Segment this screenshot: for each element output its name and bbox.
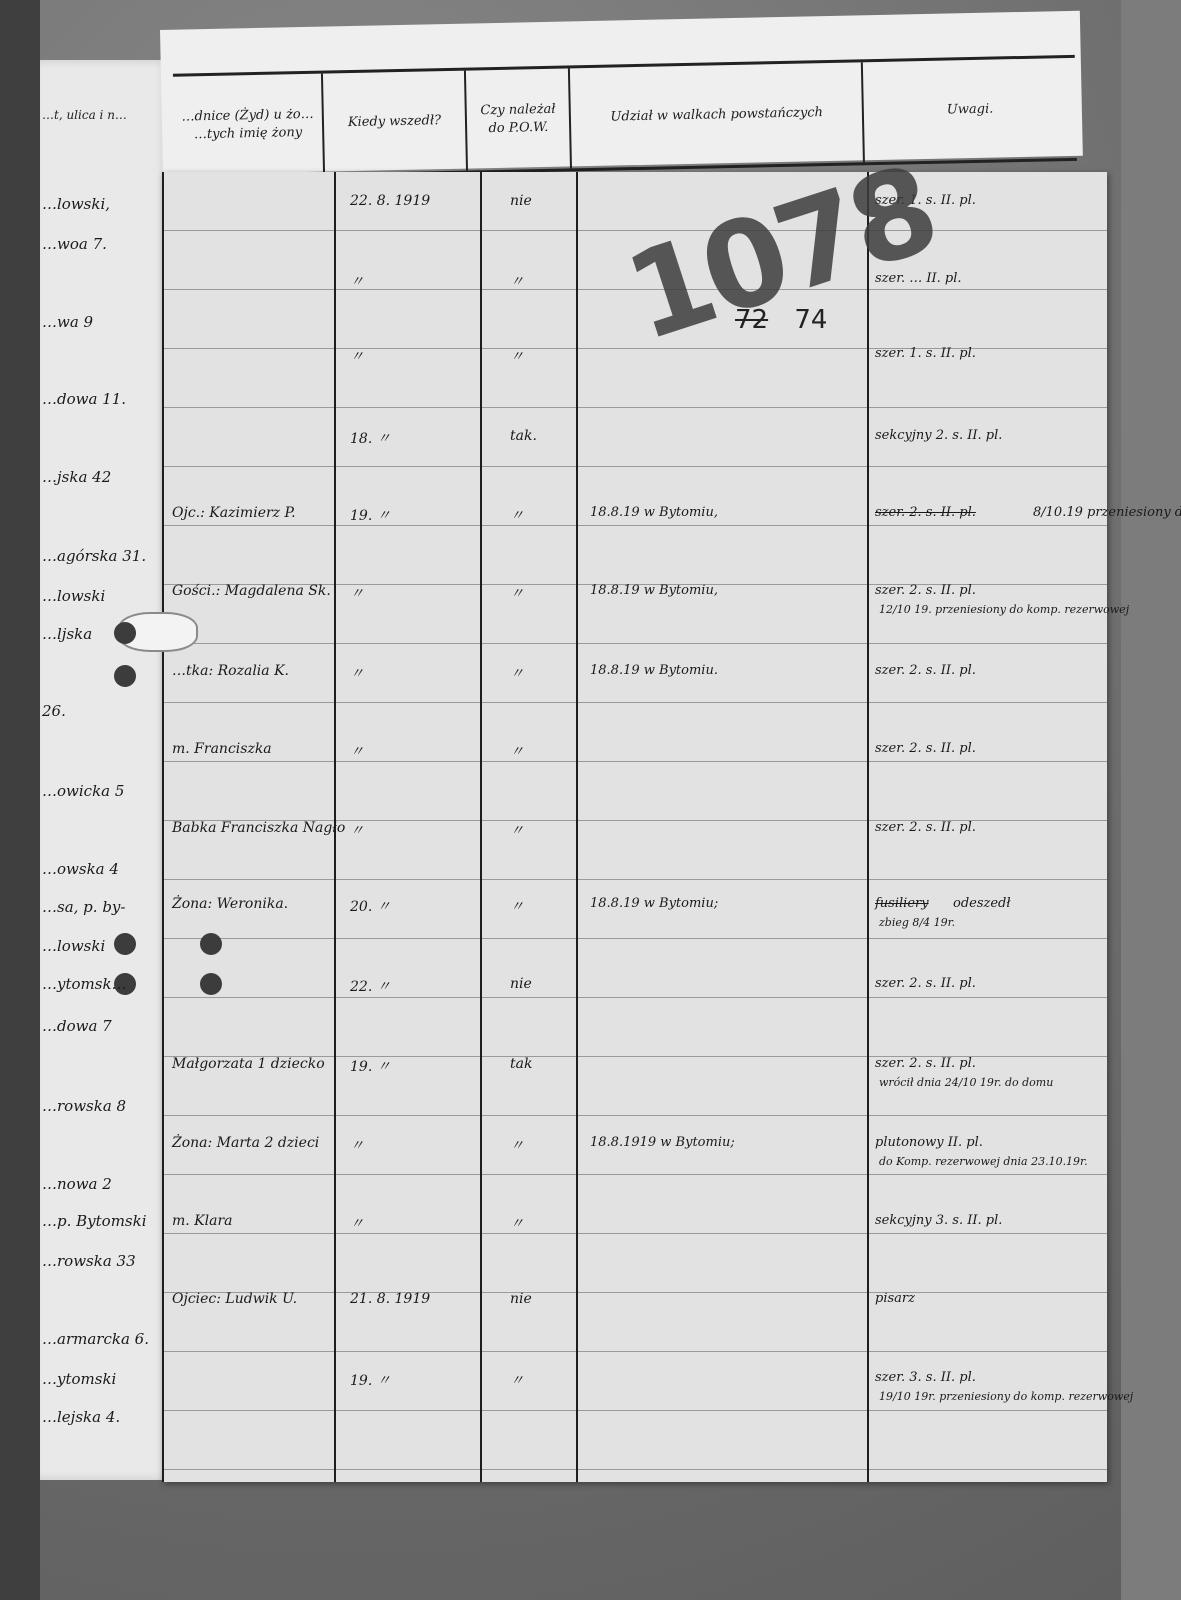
pow-member-cell: 〃 xyxy=(510,663,524,683)
pow-member-cell: tak xyxy=(510,1056,532,1072)
address-fragment: …sa, p. by- xyxy=(42,898,125,916)
relatives-cell: Żona: Marta 2 dzieci xyxy=(172,1135,319,1151)
pow-member-cell: nie xyxy=(510,193,532,209)
address-fragment: …dowa 11. xyxy=(42,390,126,408)
remarks-cell: szer. 2. s. II. pl. xyxy=(875,820,976,835)
column-divider xyxy=(162,172,164,1482)
address-fragment: …ljska xyxy=(42,625,92,643)
page-number: 74 xyxy=(794,305,827,335)
battles-cell: 18.8.1919 w Bytomiu; xyxy=(590,1135,735,1150)
address-fragment: …woa 7. xyxy=(42,235,107,253)
remarks-cell: szer. 2. s. II. pl. xyxy=(875,741,976,756)
remarks-cell: szer. 2. s. II. pl. xyxy=(875,583,976,598)
column-divider xyxy=(867,172,869,1482)
pow-member-cell: 〃 xyxy=(510,583,524,603)
address-fragment: …ytomski xyxy=(42,1370,116,1388)
remarks-note-cell: zbieg 8/4 19r. xyxy=(879,916,955,929)
address-fragment: …rowska 33 xyxy=(42,1252,136,1270)
remarks-struck-cell: szer. 2. s. II. pl. xyxy=(875,505,976,520)
address-fragment: …ytomsk… xyxy=(42,975,127,993)
pow-member-cell: 〃 xyxy=(510,741,524,761)
remarks-note-cell: wrócił dnia 24/10 19r. do domu xyxy=(879,1076,1053,1089)
pow-member-cell: 〃 xyxy=(510,896,524,916)
relatives-cell: Żona: Weronika. xyxy=(172,896,288,912)
remarks-cell: 8/10.19 przeniesiony do Komp. Rez. xyxy=(1033,505,1181,520)
archive-subnumbers: 72 74 xyxy=(735,305,827,335)
address-fragment: …owska 4 xyxy=(42,860,119,878)
remarks-cell: szer. 1. s. II. pl. xyxy=(875,346,976,361)
joined-date-cell: 〃 xyxy=(350,820,364,840)
address-fragment: …lowski xyxy=(42,937,105,955)
remarks-cell: pisarz xyxy=(875,1291,915,1306)
pow-member-cell: 〃 xyxy=(510,820,524,840)
punch-hole xyxy=(114,933,136,955)
relatives-cell: Ojc.: Kazimierz P. xyxy=(172,505,296,521)
remarks-cell: szer. 3. s. II. pl. xyxy=(875,1370,976,1385)
joined-date-cell: 〃 xyxy=(350,741,364,761)
pow-member-cell: 〃 xyxy=(510,1370,524,1390)
remarks-cell: plutonowy II. pl. xyxy=(875,1135,983,1150)
pow-member-cell: 〃 xyxy=(510,505,524,525)
header-relatives: …dnice (Żyd) u żo… …tych imię żony xyxy=(173,74,325,177)
battles-cell: 18.8.19 w Bytomiu; xyxy=(590,896,718,911)
relatives-cell: Babka Franciszka Nagło xyxy=(172,820,345,836)
remarks-cell: szer. 2. s. II. pl. xyxy=(875,1056,976,1071)
remarks-note-cell: do Komp. rezerwowej dnia 23.10.19r. xyxy=(879,1155,1088,1168)
column-divider xyxy=(576,172,578,1482)
punch-hole xyxy=(114,622,136,644)
pow-member-cell: 〃 xyxy=(510,1135,524,1155)
address-fragment: …armarcka 6. xyxy=(42,1330,149,1348)
pow-member-cell: nie xyxy=(510,1291,532,1307)
pow-member-cell: 〃 xyxy=(510,346,524,366)
joined-date-cell: 22. 8. 1919 xyxy=(350,193,430,209)
address-fragment: …lowski, xyxy=(42,195,110,213)
column-headers: …dnice (Żyd) u żo… …tych imię żony Kiedy… xyxy=(173,55,1077,180)
punch-hole xyxy=(114,665,136,687)
address-fragment: …p. Bytomski xyxy=(42,1212,147,1230)
address-fragment: …lejska 4. xyxy=(42,1408,120,1426)
remarks-cell: szer. 2. s. II. pl. xyxy=(875,663,976,678)
scan-right-margin xyxy=(1121,0,1181,1600)
remarks-note-cell: 12/10 19. przeniesiony do komp. rezerwow… xyxy=(879,603,1129,616)
address-fragment: …rowska 8 xyxy=(42,1097,126,1115)
joined-date-cell: 〃 xyxy=(350,271,364,291)
joined-date-cell: 〃 xyxy=(350,1135,364,1155)
header-when-joined: Kiedy wszedł? xyxy=(323,71,469,174)
remarks-struck-cell: fusiliery xyxy=(875,896,929,911)
joined-date-cell: 20. 〃 xyxy=(350,896,391,916)
header-sheet: …dnice (Żyd) u żo… …tych imię żony Kiedy… xyxy=(160,11,1083,175)
left-header-text: …t, ulica i n… xyxy=(42,108,127,122)
relatives-cell: m. Franciszka xyxy=(172,741,272,757)
battles-cell: 18.8.19 w Bytomiu, xyxy=(590,583,718,598)
pow-member-cell: tak. xyxy=(510,428,537,444)
address-fragment: …dowa 7 xyxy=(42,1017,112,1035)
address-fragment: …nowa 2 xyxy=(42,1175,112,1193)
joined-date-cell: 〃 xyxy=(350,346,364,366)
joined-date-cell: 〃 xyxy=(350,583,364,603)
joined-date-cell: 19. 〃 xyxy=(350,1370,391,1390)
address-fragment: …wa 9 xyxy=(42,313,93,331)
joined-date-cell: 18. 〃 xyxy=(350,428,391,448)
relatives-cell: …tka: Rozalia K. xyxy=(172,663,289,679)
joined-date-cell: 21. 8. 1919 xyxy=(350,1291,430,1307)
address-fragment: …jska 42 xyxy=(42,468,111,486)
battles-cell: 18.8.19 w Bytomiu. xyxy=(590,663,718,678)
joined-date-cell: 〃 xyxy=(350,1213,364,1233)
pow-member-cell: 〃 xyxy=(510,1213,524,1233)
column-divider xyxy=(480,172,482,1482)
joined-date-cell: 19. 〃 xyxy=(350,1056,391,1076)
joined-date-cell: 19. 〃 xyxy=(350,505,391,525)
address-fragment: …owicka 5 xyxy=(42,782,124,800)
remarks-cell: szer. 2. s. II. pl. xyxy=(875,976,976,991)
address-fragment: …agórska 31. xyxy=(42,547,146,565)
remarks-cell: odeszedł xyxy=(953,896,1011,911)
joined-date-cell: 〃 xyxy=(350,663,364,683)
remarks-cell: sekcyjny 3. s. II. pl. xyxy=(875,1213,1002,1228)
address-fragment: 26. xyxy=(42,702,66,720)
header-battles: Udział w walkach powstańczych xyxy=(570,62,865,168)
pow-member-cell: nie xyxy=(510,976,532,992)
scan-edge-shadow xyxy=(0,0,40,1600)
remarks-cell: sekcyjny 2. s. II. pl. xyxy=(875,428,1002,443)
relatives-cell: Ojciec: Ludwik U. xyxy=(172,1291,297,1307)
joined-date-cell: 22. 〃 xyxy=(350,976,391,996)
relatives-cell: Gości.: Magdalena Sk. xyxy=(172,583,331,599)
pow-member-cell: 〃 xyxy=(510,271,524,291)
crossed-number: 72 xyxy=(735,305,768,335)
punch-hole xyxy=(200,973,222,995)
remarks-note-cell: 19/10 19r. przeniesiony do komp. rezerwo… xyxy=(879,1390,1133,1403)
relatives-cell: Małgorzata 1 dziecko xyxy=(172,1056,325,1072)
address-fragment: …lowski xyxy=(42,587,105,605)
punch-hole xyxy=(200,933,222,955)
header-pow-member: Czy należał do P.O.W. xyxy=(466,68,572,170)
battles-cell: 18.8.19 w Bytomiu, xyxy=(590,505,718,520)
relatives-cell: m. Klara xyxy=(172,1213,233,1229)
